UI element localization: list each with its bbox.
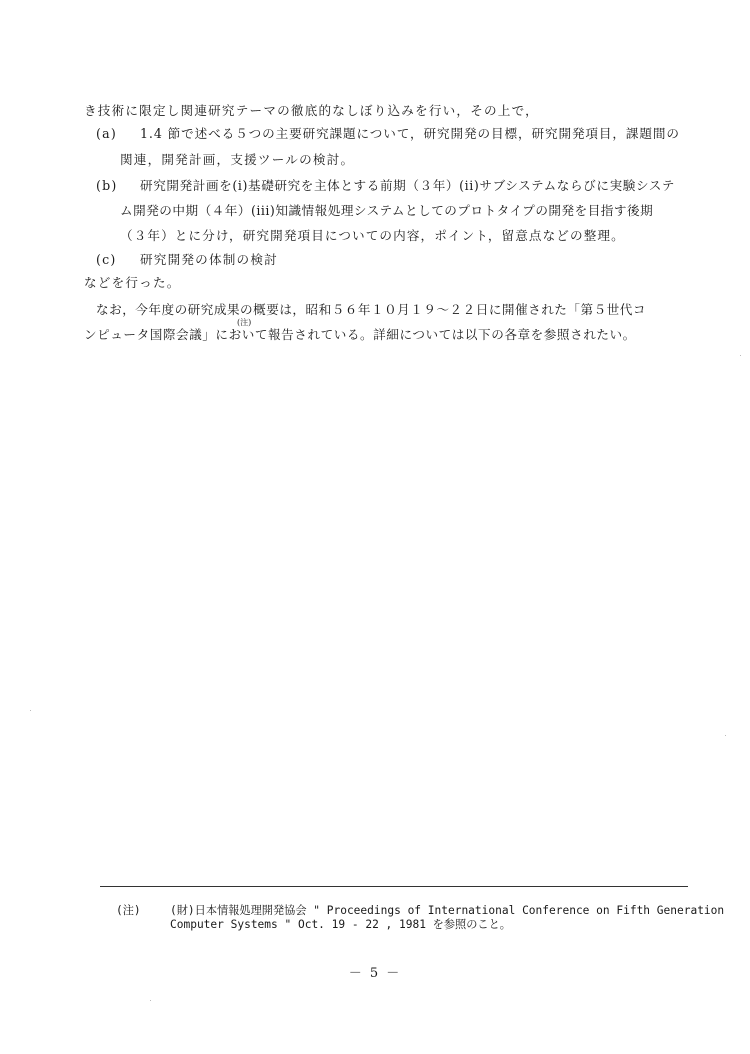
item-b-line-1: 研究開発計画を(i)基礎研究を主体とする前期（３年）(ii)サブシステムならびに… xyxy=(140,178,675,194)
item-b-marker: (b) xyxy=(96,178,118,194)
item-c-marker: (c) xyxy=(96,252,116,268)
scan-speck xyxy=(30,710,31,711)
item-b-line-3: （３年）とに分け，研究開発項目についての内容，ポイント，留意点などの整理。 xyxy=(120,228,625,244)
scan-speck xyxy=(150,1000,151,1001)
scan-speck xyxy=(725,735,726,736)
footnote-line-2: Computer Systems " Oct. 19 - 22 , 1981 を… xyxy=(170,918,511,932)
conclusion-line: などを行った。 xyxy=(84,275,181,291)
page-number: － 5 － xyxy=(0,962,750,981)
intro-line: き技術に限定し関連研究テーマの徹底的なしぼり込みを行い，その上で， xyxy=(84,103,539,119)
item-a-marker: (a) xyxy=(96,126,117,142)
item-c-line-1: 研究開発の体制の検討 xyxy=(140,252,278,268)
para2-line-1: なお，今年度の研究成果の概要は，昭和５６年１０月１９～２２日に開催された「第５世… xyxy=(96,302,646,318)
item-a-line-2: 関連，開発計画，支援ツールの検討。 xyxy=(120,152,354,168)
item-a-line-1: 1.4 節で述べる５つの主要研究課題について，研究開発の目標，研究開発項目，課題… xyxy=(140,126,680,142)
para2-line-2: ンピュータ国際会議」において報告されている。詳細については以下の各章を参照された… xyxy=(84,327,636,343)
scan-speck xyxy=(740,355,741,356)
item-b-line-2: ム開発の中期（４年）(iii)知識情報処理システムとしてのプロトタイプの開発を目… xyxy=(120,203,653,219)
footnote-marker: (注) xyxy=(116,904,141,918)
footnote-line-1: (財)日本情報処理開発協会 " Proceedings of Internati… xyxy=(170,904,724,918)
footnote-divider xyxy=(100,886,688,887)
